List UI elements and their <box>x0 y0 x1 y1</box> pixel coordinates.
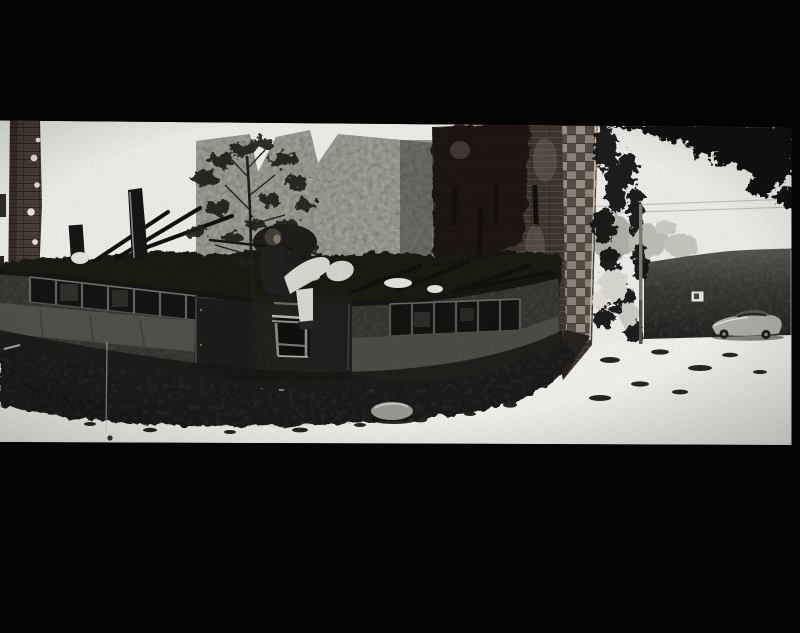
photograph <box>0 0 800 633</box>
photo-border-bottom <box>0 442 800 633</box>
vignette <box>0 118 794 448</box>
photo-border-right <box>792 0 800 633</box>
screenshot-root <box>0 0 800 633</box>
photo-border-top <box>0 0 800 128</box>
